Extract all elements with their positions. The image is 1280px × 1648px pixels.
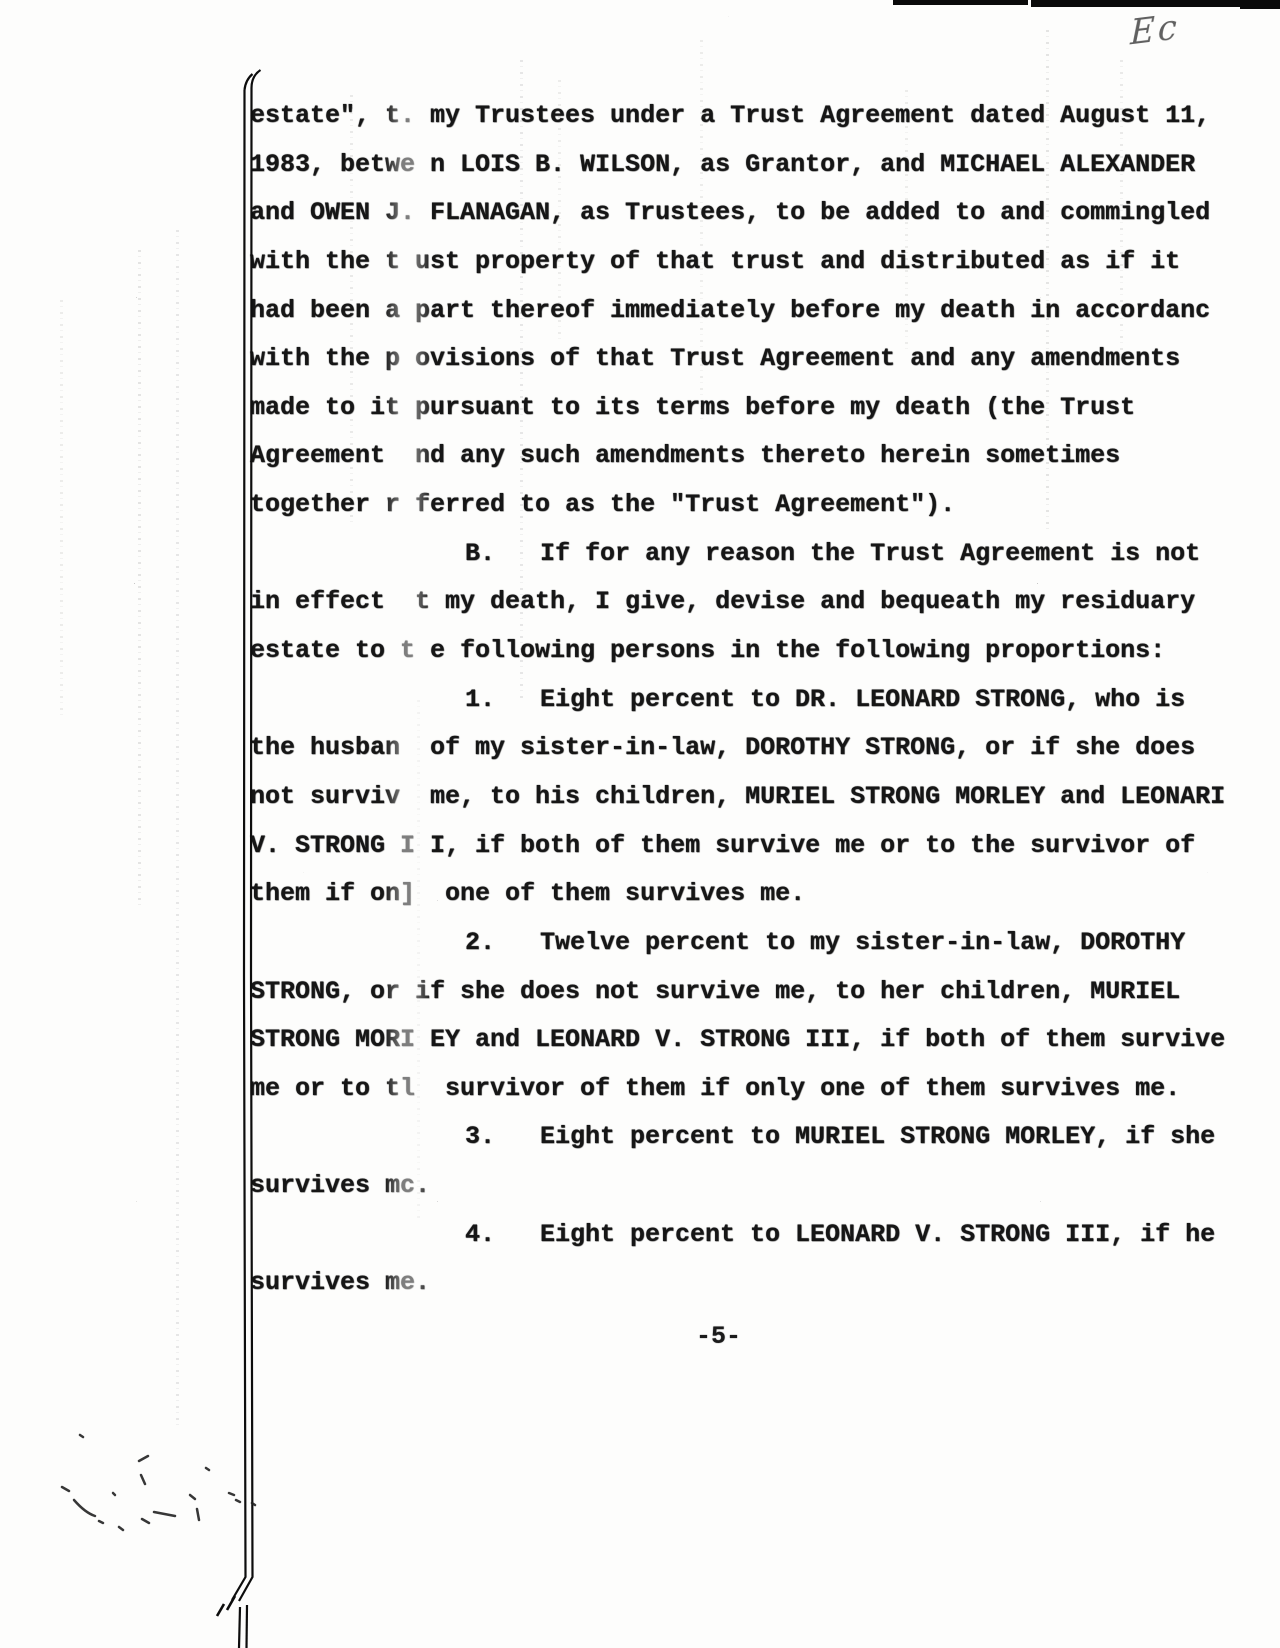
page-number: -5- [696, 1322, 741, 1351]
document-line: B. If for any reason the Trust Agreement… [250, 530, 1225, 579]
top-edge-bar [893, 0, 1280, 9]
handwritten-mark: Ec [1130, 7, 1180, 53]
document-line: together r ferred to as the "Trust Agree… [250, 481, 1225, 530]
document-line: them if on] one of them survives me. [250, 870, 1225, 919]
document-line: made to it pursuant to its terms before … [250, 384, 1225, 433]
document-line: V. STRONG I I, if both of them survive m… [250, 822, 1225, 871]
document-line: had been a part thereof immediately befo… [250, 287, 1225, 336]
streak [176, 230, 179, 1430]
document-line: estate to t e following persons in the f… [250, 627, 1225, 676]
document-line: STRONG, or if she does not survive me, t… [250, 968, 1225, 1017]
document-line: 2. Twelve percent to my sister-in-law, D… [250, 919, 1225, 968]
document-line: estate", t. my Trustees under a Trust Ag… [250, 92, 1225, 141]
document-line: 3. Eight percent to MURIEL STRONG MORLEY… [250, 1113, 1225, 1162]
document-line: survives mc. [250, 1162, 1225, 1211]
document-line: 1983, betwe n LOIS B. WILSON, as Grantor… [250, 141, 1225, 190]
streak [138, 250, 141, 910]
document-line: in effect t my death, I give, devise and… [250, 578, 1225, 627]
document-line: 4. Eight percent to LEONARD V. STRONG II… [250, 1211, 1225, 1260]
scanned-page: estate", t. my Trustees under a Trust Ag… [0, 0, 1280, 1648]
document-line: and OWEN J. FLANAGAN, as Trustees, to be… [250, 189, 1225, 238]
document-text: estate", t. my Trustees under a Trust Ag… [250, 92, 1225, 1308]
document-line: not surviv me, to his children, MURIEL S… [250, 773, 1225, 822]
document-line: survives me. [250, 1259, 1225, 1308]
document-line: me or to tl survivor of them if only one… [250, 1065, 1225, 1114]
streak [60, 300, 63, 720]
document-line: Agreement nd any such amendments thereto… [250, 432, 1225, 481]
pen-scribble-marks [62, 1435, 255, 1530]
document-line: the husban of my sister-in-law, DOROTHY … [250, 724, 1225, 773]
document-line: 1. Eight percent to DR. LEONARD STRONG, … [250, 676, 1225, 725]
document-line: with the p ovisions of that Trust Agreem… [250, 335, 1225, 384]
document-line: STRONG MORI EY and LEONARD V. STRONG III… [250, 1016, 1225, 1065]
document-line: with the t ust property of that trust an… [250, 238, 1225, 287]
